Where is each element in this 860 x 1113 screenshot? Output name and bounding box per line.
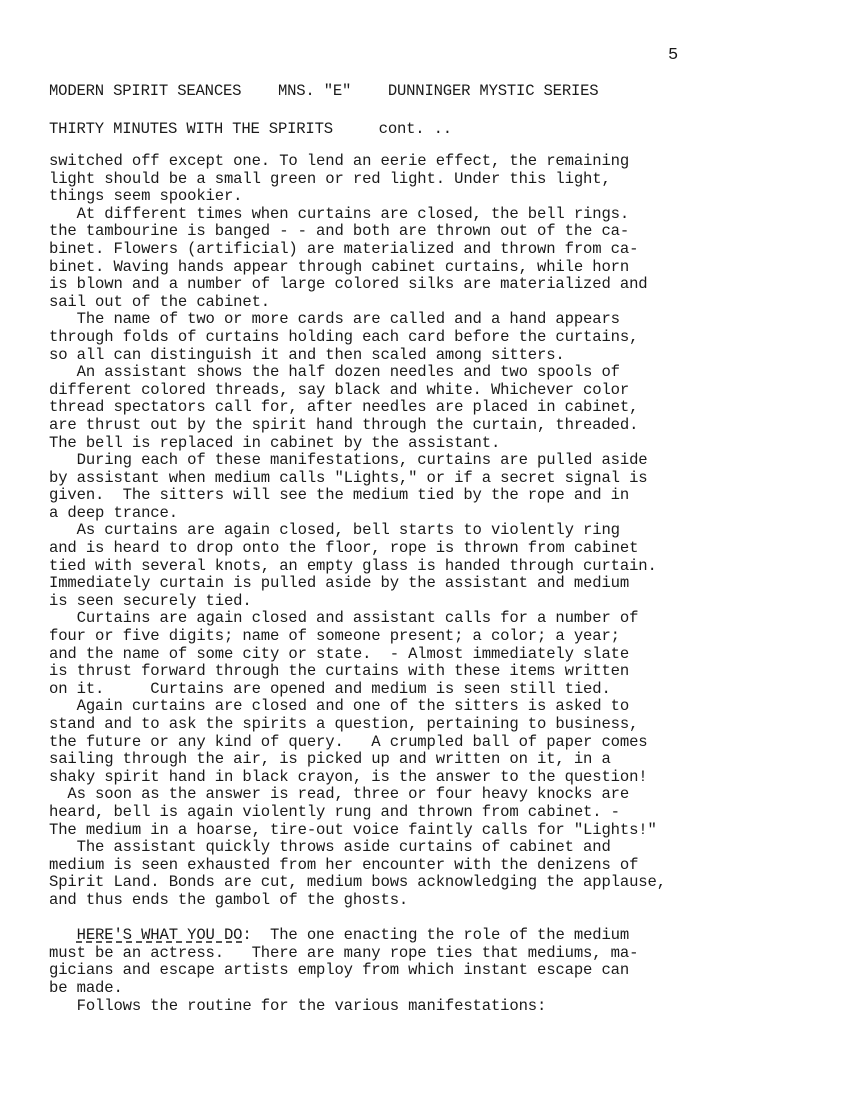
text-line: Again curtains are closed and one of the… [49,698,666,716]
body-lines: switched off except one. To lend an eeri… [49,153,666,910]
text-line: given. The sitters will see the medium t… [49,487,666,505]
text-line: so all can distinguish it and then scale… [49,347,666,365]
section-heading: HERE'S WHAT YOU DO [77,926,243,944]
text-line: light should be a small green or red lig… [49,171,666,189]
text-line: shaky spirit hand in black crayon, is th… [49,769,666,787]
text-line: and thus ends the gambol of the ghosts. [49,892,666,910]
text-line: medium is seen exhausted from her encoun… [49,857,666,875]
text-line: and the name of some city or state. - Al… [49,646,666,664]
text-line: are thrust out by the spirit hand throug… [49,417,666,435]
text-line: a deep trance. [49,505,666,523]
section-heading-rest: : The one enacting the role of the mediu… [242,926,629,944]
text-line: sail out of the cabinet. [49,294,666,312]
text-line: and is heard to drop onto the floor, rop… [49,540,666,558]
text-line: switched off except one. To lend an eeri… [49,153,666,171]
series-header: MODERN SPIRIT SEANCES MNS. "E" DUNNINGER… [49,82,598,100]
text-line: As soon as the answer is read, three or … [49,786,666,804]
page-number: 5 [668,46,678,65]
text-line: The name of two or more cards are called… [49,311,666,329]
text-line: four or five digits; name of someone pre… [49,628,666,646]
text-line: is seen securely tied. [49,593,666,611]
text-line: Follows the routine for the various mani… [49,998,666,1016]
text-line: be made. [49,980,666,998]
paragraph-gap [49,910,666,928]
text-line: tied with several knots, an empty glass … [49,558,666,576]
text-line: the tambourine is banged - - and both ar… [49,223,666,241]
text-line: must be an actress. There are many rope … [49,945,666,963]
text-line: through folds of curtains holding each c… [49,329,666,347]
text-line: things seem spookier. [49,188,666,206]
text-line: by assistant when medium calls "Lights,"… [49,470,666,488]
text-line: Spirit Land. Bonds are cut, medium bows … [49,874,666,892]
text-line: heard, bell is again violently rung and … [49,804,666,822]
text-line: is thrust forward through the curtains w… [49,663,666,681]
text-line: binet. Flowers (artificial) are material… [49,241,666,259]
text-line: Curtains are again closed and assistant … [49,610,666,628]
text-line: the future or any kind of query. A crump… [49,734,666,752]
text-line: stand and to ask the spirits a question,… [49,716,666,734]
text-line: gicians and escape artists employ from w… [49,962,666,980]
text-line: is blown and a number of large colored s… [49,276,666,294]
text-line: different colored threads, say black and… [49,382,666,400]
text-line: Immediately curtain is pulled aside by t… [49,575,666,593]
body-text: switched off except one. To lend an eeri… [49,153,666,1015]
text-line: At different times when curtains are clo… [49,206,666,224]
text-line: thread spectators call for, after needle… [49,399,666,417]
section-heading-line: HERE'S WHAT YOU DO: The one enacting the… [49,927,666,945]
document-page: 5 MODERN SPIRIT SEANCES MNS. "E" DUNNING… [0,0,860,1113]
section-header: THIRTY MINUTES WITH THE SPIRITS cont. .. [49,120,452,138]
text-line: binet. Waving hands appear through cabin… [49,259,666,277]
section-indent [49,926,77,944]
section-lines: must be an actress. There are many rope … [49,945,666,1015]
text-line: As curtains are again closed, bell start… [49,522,666,540]
text-line: sailing through the air, is picked up an… [49,751,666,769]
text-line: The bell is replaced in cabinet by the a… [49,435,666,453]
text-line: An assistant shows the half dozen needle… [49,364,666,382]
text-line: During each of these manifestations, cur… [49,452,666,470]
text-line: on it. Curtains are opened and medium is… [49,681,666,699]
text-line: The assistant quickly throws aside curta… [49,839,666,857]
text-line: The medium in a hoarse, tire-out voice f… [49,822,666,840]
